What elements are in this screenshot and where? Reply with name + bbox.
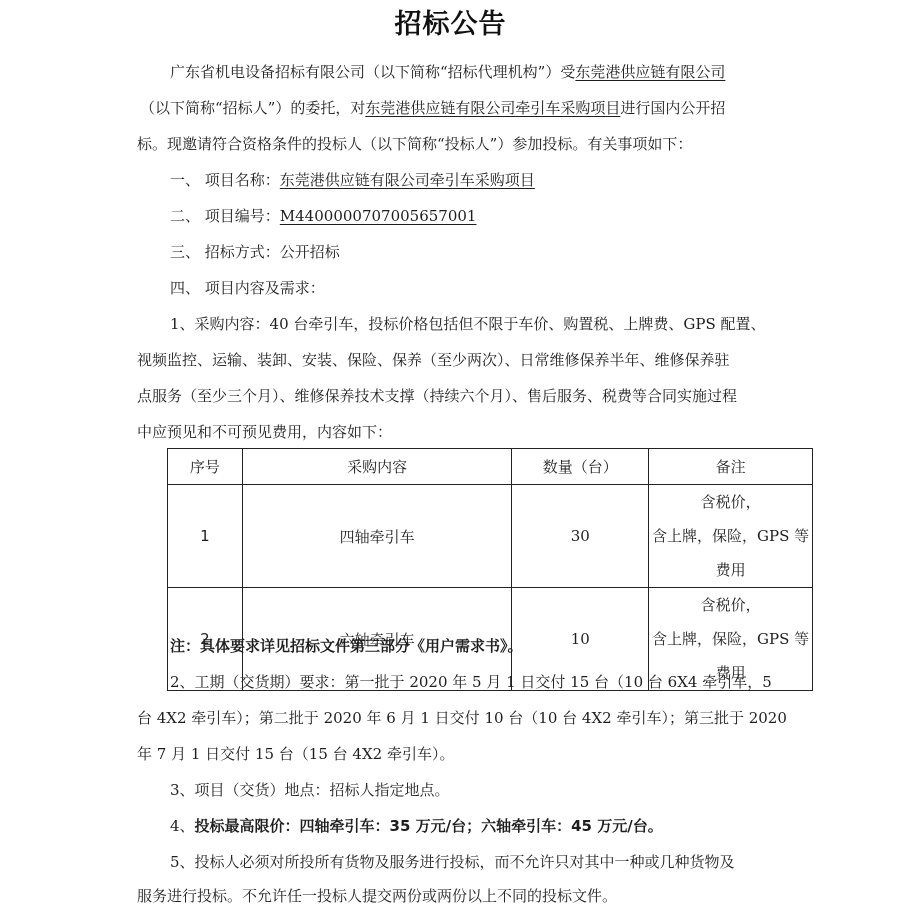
header-content: 采购内容: [242, 449, 512, 485]
header-remark: 备注: [649, 449, 813, 485]
document-page: 招标公告 广东省机电设备招标有限公司（以下简称“招标代理机构”）受东莞港供应链有…: [0, 0, 901, 909]
project-number-value: M4400000707005657001: [280, 207, 477, 225]
item1-line-2: 视频监控、运输、装卸、安装、保险、保养（至少两次）、日常维修保养半年、维修保养驻: [137, 350, 730, 370]
section-label: 二、 项目编号：: [170, 207, 280, 225]
item2-line-2: 台 4X2 牵引车）；第二批于 2020 年 6 月 1 日交付 10 台（10…: [137, 708, 787, 728]
section-label: 四、 项目内容及需求：: [170, 279, 325, 297]
table-header-row: 序号 采购内容 数量（台） 备注: [168, 449, 813, 485]
section-project-number: 二、 项目编号：M4400000707005657001: [170, 206, 476, 226]
tender-method-value: 公开招标: [280, 243, 340, 261]
cell-remark: 含税价， 含上牌，保险，GPS 等费用: [649, 485, 813, 588]
item5-line-2: 服务进行投标。不允许任一投标人提交两份或两份以上不同的投标文件。: [137, 886, 617, 906]
item1-line-1: 1、采购内容：40 台牵引车，投标价格包括但不限于车价、购置税、上牌费、GPS …: [170, 314, 766, 334]
remark-line: 含税价，: [649, 485, 812, 519]
intro-text: 广东省机电设备招标有限公司（以下简称“招标代理机构”）受: [170, 63, 575, 81]
section-content-heading: 四、 项目内容及需求：: [170, 278, 325, 298]
section-project-name: 一、 项目名称：东莞港供应链有限公司牵引车采购项目: [170, 170, 535, 190]
remark-line: 含税价，: [649, 588, 812, 622]
section-label: 一、 项目名称：: [170, 171, 280, 189]
intro-line-1: 广东省机电设备招标有限公司（以下简称“招标代理机构”）受东莞港供应链有限公司: [170, 62, 725, 82]
item2-line-3: 年 7 月 1 日交付 15 台（15 台 4X2 牵引车）。: [137, 744, 454, 764]
intro-line-2: （以下简称“招标人”）的委托，对东莞港供应链有限公司牵引车采购项目进行国内公开招: [140, 98, 725, 118]
item2-line-1: 2、工期（交货期）要求：第一批于 2020 年 5 月 1 日交付 15 台（1…: [170, 672, 772, 692]
item3-location: 3、项目（交货）地点：招标人指定地点。: [170, 780, 450, 800]
intro-text: （以下简称“招标人”）的委托，对: [140, 99, 365, 117]
cell-content: 四轴牵引车: [242, 485, 512, 588]
project-name-inline: 东莞港供应链有限公司牵引车采购项目: [365, 99, 620, 117]
project-name-value: 东莞港供应链有限公司牵引车采购项目: [280, 171, 535, 189]
item4-prefix: 4、: [170, 817, 195, 835]
item4-bold-text: 投标最高限价：四轴牵引车：35 万元/台；六轴牵引车：45 万元/台。: [195, 817, 663, 835]
table-note: 注：具体要求详见招标文件第三部分《用户需求书》。: [170, 636, 523, 656]
cell-no: 1: [168, 485, 243, 588]
table-row: 1 四轴牵引车 30 含税价， 含上牌，保险，GPS 等费用: [168, 485, 813, 588]
item1-line-4: 中应预见和不可预见费用，内容如下：: [137, 422, 392, 442]
item4-price-cap: 4、投标最高限价：四轴牵引车：35 万元/台；六轴牵引车：45 万元/台。: [170, 816, 663, 836]
document-title: 招标公告: [0, 2, 901, 41]
intro-line-3: 标。现邀请符合资格条件的投标人（以下简称“投标人”）参加投标。有关事项如下：: [137, 134, 692, 154]
header-no: 序号: [168, 449, 243, 485]
item1-line-3: 点服务（至少三个月）、维修保养技术支撑（持续六个月）、售后服务、税费等合同实施过…: [137, 386, 737, 406]
section-tender-method: 三、 招标方式：公开招标: [170, 242, 340, 262]
intro-text: 标。现邀请符合资格条件的投标人（以下简称“投标人”）参加投标。有关事项如下：: [137, 135, 692, 153]
cell-qty: 30: [512, 485, 649, 588]
intro-text: 进行国内公开招: [620, 99, 725, 117]
header-qty: 数量（台）: [512, 449, 649, 485]
item5-line-1: 5、投标人必须对所投所有货物及服务进行投标，而不允许只对其中一种或几种货物及: [170, 852, 735, 872]
tenderer-name: 东莞港供应链有限公司: [575, 63, 725, 81]
section-label: 三、 招标方式：: [170, 243, 280, 261]
remark-line: 含上牌，保险，GPS 等费用: [649, 519, 812, 587]
